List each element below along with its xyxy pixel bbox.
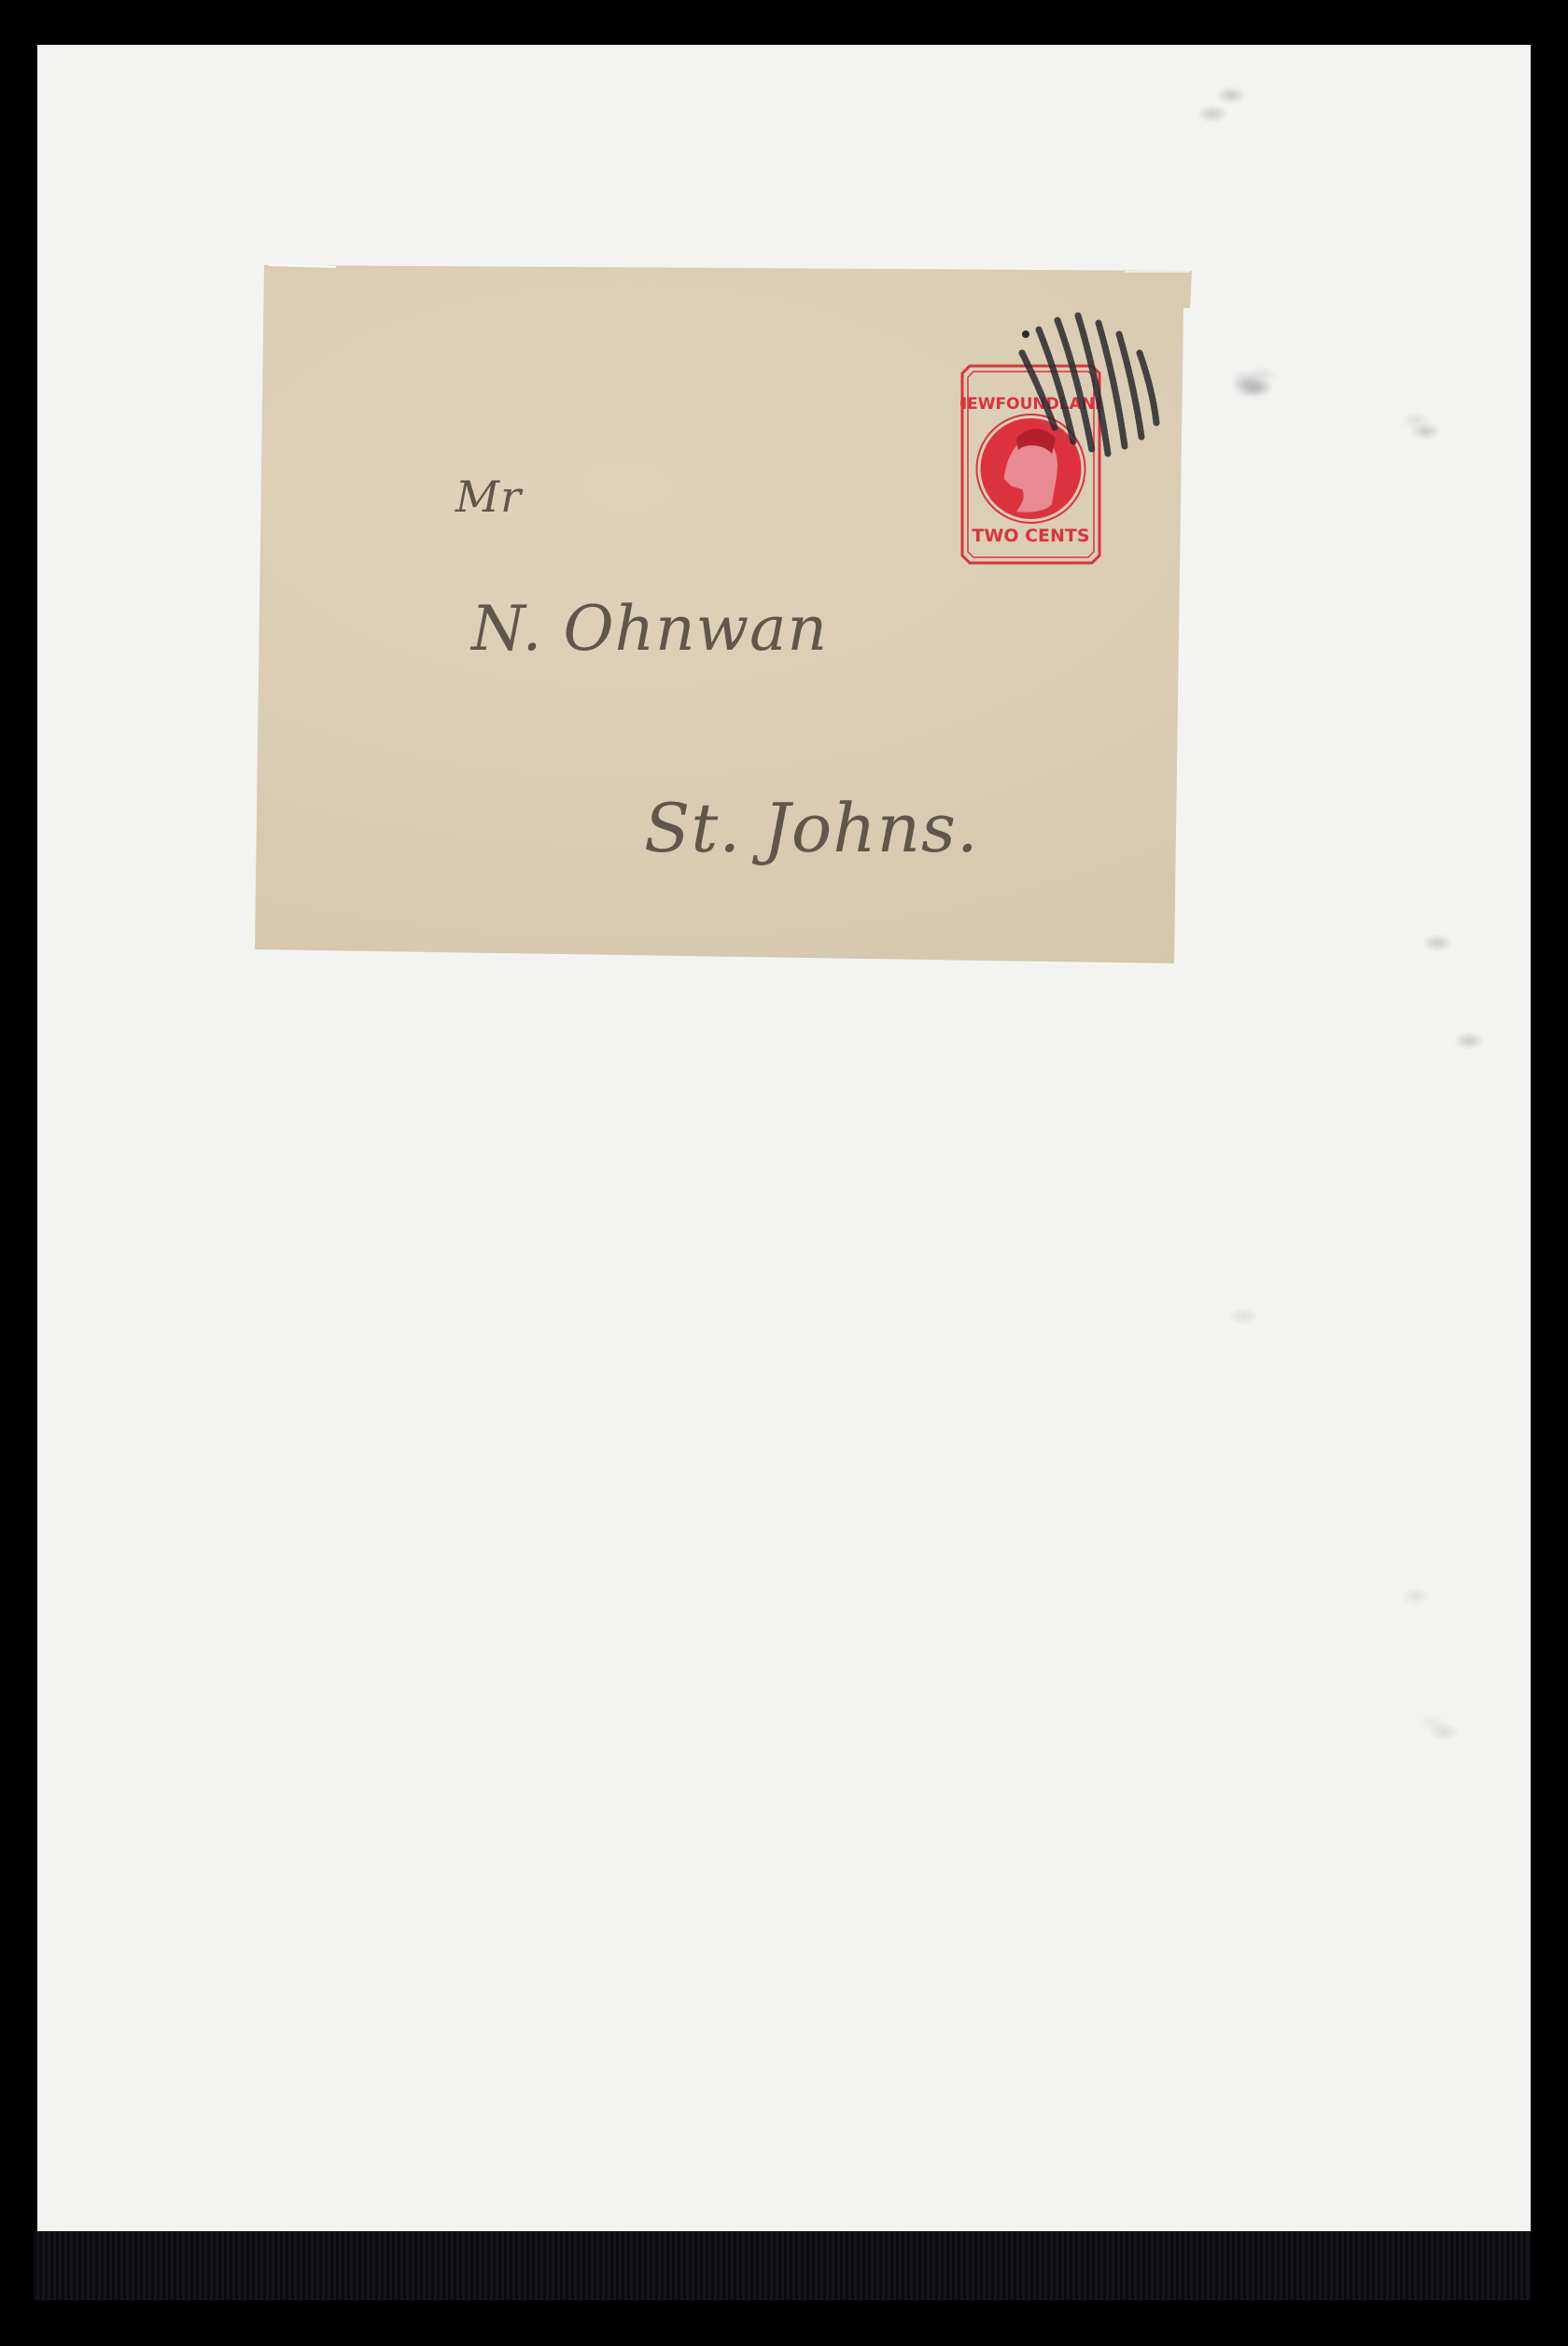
mount-hole [1227,1307,1259,1326]
address-name: N. Ohnwan [471,593,828,665]
mount-glare [1125,271,1190,273]
mount-hole [1416,1713,1448,1732]
mount-hole [1400,411,1432,429]
postmark-cancellation [1003,288,1190,465]
address-title: Mr [455,471,522,522]
album-binding-fabric [34,2231,1531,2300]
address-city: St. Johns. [644,789,979,867]
mount-hole [1241,383,1273,401]
mount-hole [1215,86,1247,105]
mount-hole [1453,1032,1485,1050]
stamp-value: TWO CENTS [972,526,1089,546]
mount-hole [1421,934,1453,952]
mount-hole [1400,1587,1432,1606]
mount-hole [1197,105,1228,123]
